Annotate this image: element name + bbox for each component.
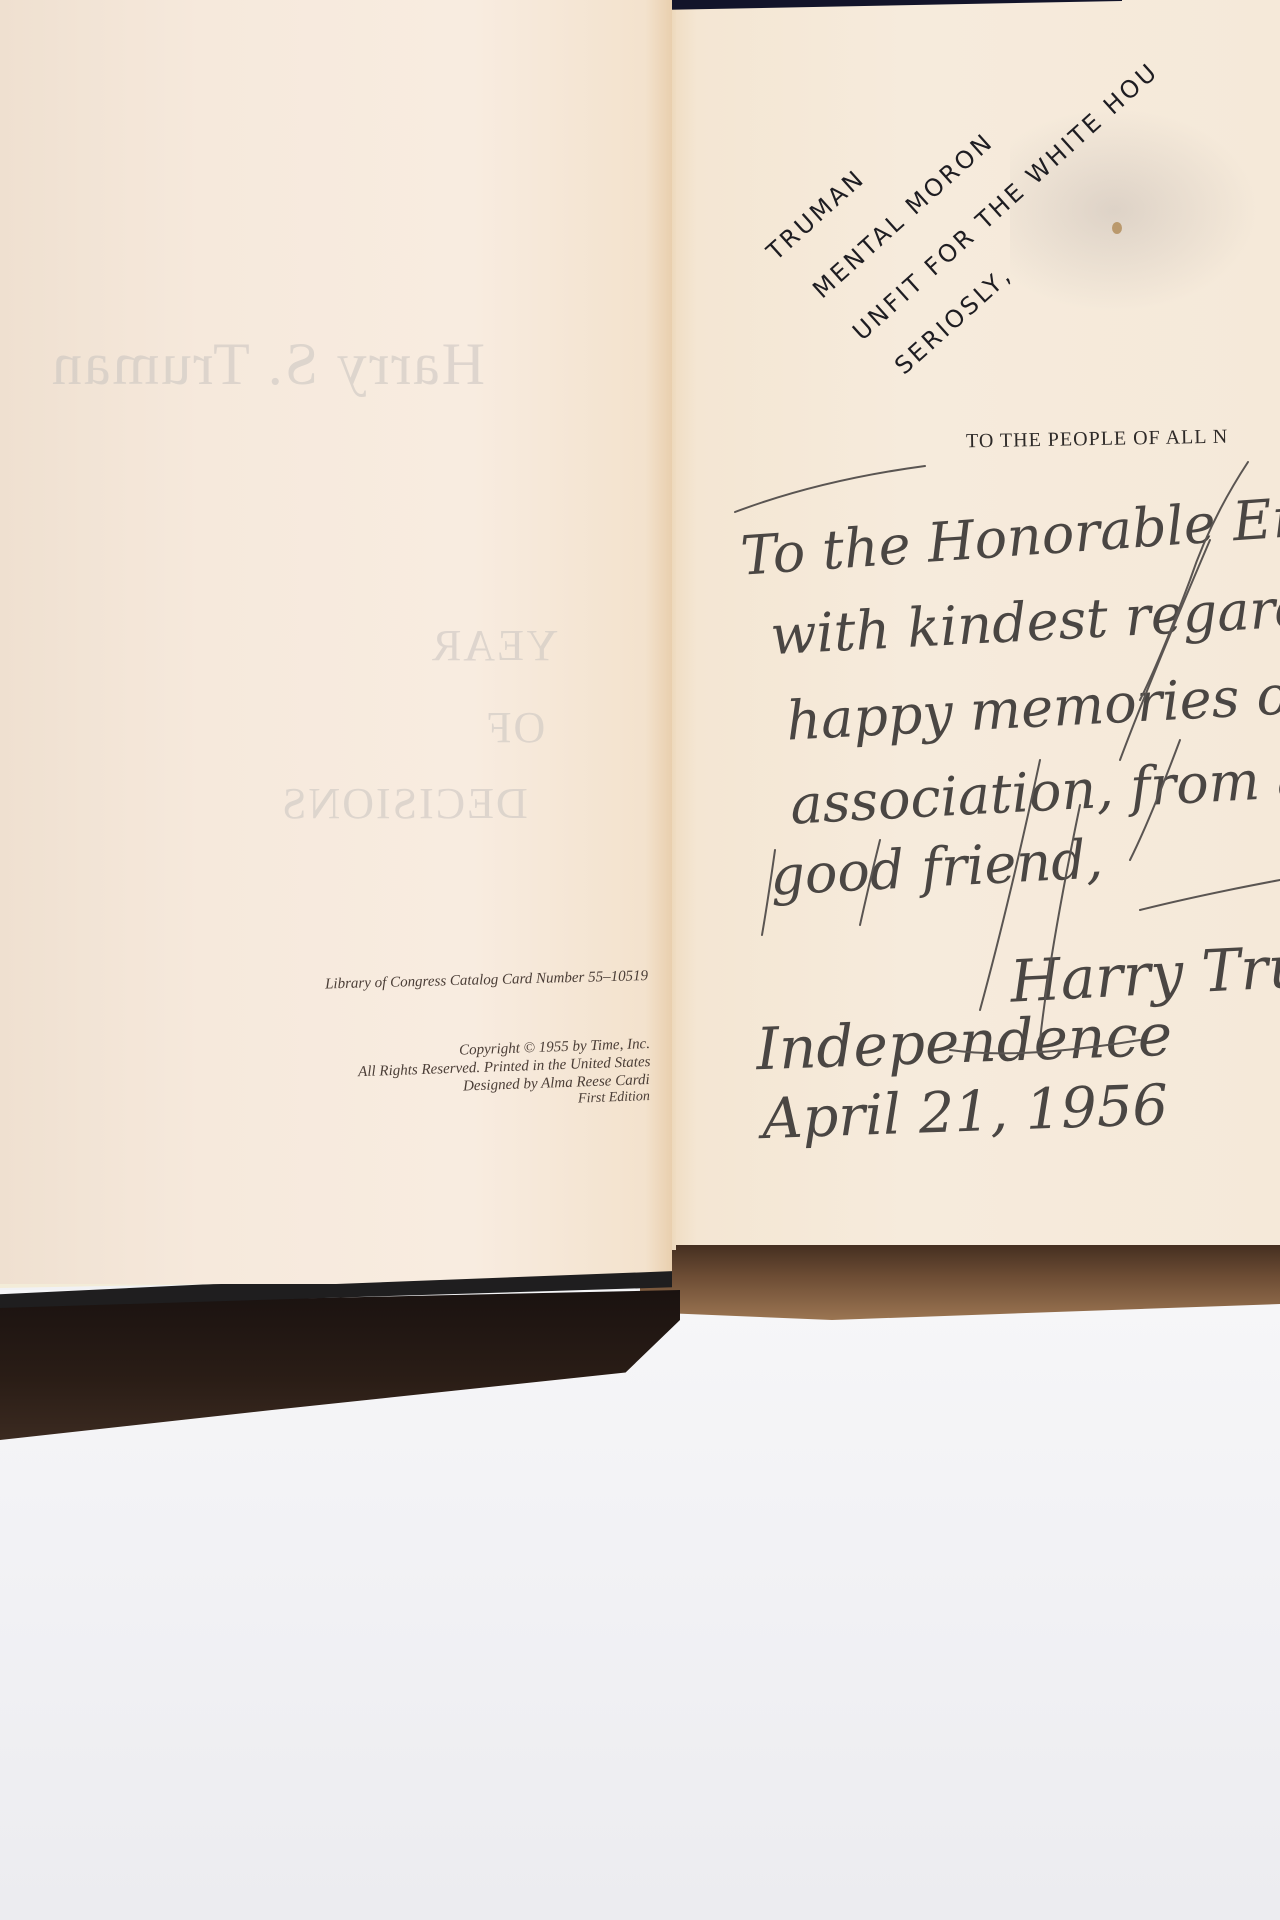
- show-through-author: Harry S. Truman: [50, 330, 485, 399]
- inscription-place: Independence: [755, 1001, 1173, 1083]
- show-through-title-of: OF: [485, 702, 545, 753]
- edition-line: First Edition: [578, 1089, 650, 1108]
- book-photo-scene: Harry S. Truman YEAR OF DECISIONS Librar…: [0, 0, 1280, 1920]
- show-through-title-decisions: DECISIONS: [280, 778, 528, 829]
- graphite-smudge: [1010, 100, 1270, 320]
- foxing-stain: [1112, 222, 1122, 234]
- show-through-title-year: YEAR: [430, 620, 558, 671]
- printed-dedication: TO THE PEOPLE OF ALL N: [966, 426, 1229, 454]
